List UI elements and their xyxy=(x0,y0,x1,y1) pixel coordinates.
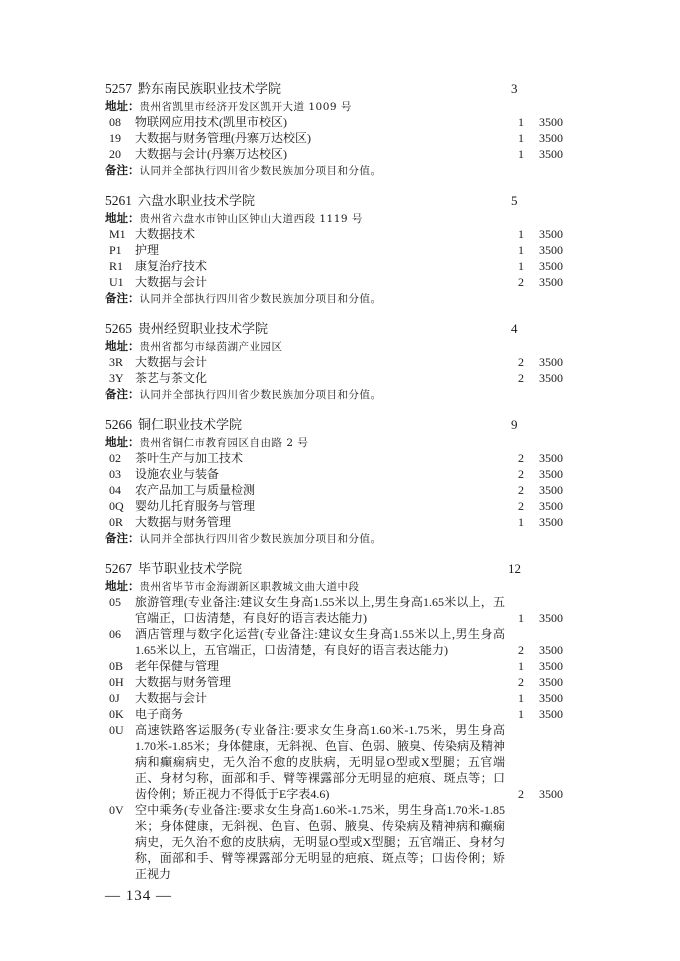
major-row: 0R大数据与财务管理 13500 xyxy=(105,514,585,530)
major-count: 1 xyxy=(515,130,527,146)
school-title: 5257黔东南民族职业技术学院 3 xyxy=(105,80,585,98)
note-label: 备注： xyxy=(105,531,140,545)
address-label: 地址： xyxy=(105,579,140,593)
major-code: 08 xyxy=(109,114,131,130)
major-code: 0R xyxy=(109,514,131,530)
school-total: 5 xyxy=(511,192,518,210)
school-address: 地址：贵州省六盘水市钟山区钟山大道西段 1119 号 xyxy=(105,210,585,226)
address-label: 地址： xyxy=(105,99,140,113)
note-label: 备注： xyxy=(105,163,140,177)
major-name: 物联网应用技术(凯里市校区) xyxy=(135,115,287,129)
school-total: 3 xyxy=(511,80,518,98)
major-fee: 3500 xyxy=(539,498,563,514)
major-count: 2 xyxy=(515,642,527,658)
major-fee: 3500 xyxy=(539,450,563,466)
note-label: 备注： xyxy=(105,387,140,401)
major-name: 康复治疗技术 xyxy=(135,259,207,273)
major-code: 05 xyxy=(109,594,121,610)
major-fee: 3500 xyxy=(539,274,563,290)
major-row: 0Q婴幼儿托育服务与管理 23500 xyxy=(105,498,585,514)
major-code: 0Q xyxy=(109,498,131,514)
major-row: 19大数据与财务管理(丹寨万达校区) 13500 xyxy=(105,130,585,146)
major-name: 护理 xyxy=(135,243,159,257)
major-name: 老年保健与管理 xyxy=(135,659,219,673)
major-count: 2 xyxy=(515,482,527,498)
school-note: 备注：认同并全部执行四川省少数民族加分项目和分值。 xyxy=(105,290,585,306)
major-code: 3R xyxy=(109,354,131,370)
major-code: M1 xyxy=(109,226,131,242)
school-total: 9 xyxy=(511,416,518,434)
major-row: 05 旅游管理(专业备注:建议女生身高1.55米以上,男生身高1.65米以上，五… xyxy=(105,594,585,626)
major-row: 04农产品加工与质量检测 23500 xyxy=(105,482,585,498)
major-row: 0H大数据与财务管理 23500 xyxy=(105,674,585,690)
major-code: 0K xyxy=(109,706,131,722)
school-block: 5261六盘水职业技术学院 5 地址：贵州省六盘水市钟山区钟山大道西段 1119… xyxy=(105,192,585,306)
major-name: 设施农业与装备 xyxy=(135,467,219,481)
major-row: 08物联网应用技术(凯里市校区) 13500 xyxy=(105,114,585,130)
major-name: 大数据技术 xyxy=(135,227,195,241)
school-total: 12 xyxy=(508,560,521,578)
school-title: 5266铜仁职业技术学院 9 xyxy=(105,416,585,434)
major-count: 1 xyxy=(515,242,527,258)
major-name: 酒店管理与数字化运营(专业备注:建议女生身高1.55米以上,男生身高1.65米以… xyxy=(135,626,505,658)
school-name: 贵州经贸职业技术学院 xyxy=(138,322,268,337)
major-count: 2 xyxy=(515,450,527,466)
major-count: 1 xyxy=(515,706,527,722)
note-label: 备注： xyxy=(105,291,140,305)
major-fee: 3500 xyxy=(539,146,563,162)
school-title: 5267毕节职业技术学院 12 xyxy=(105,560,585,578)
address-value: 贵州省凯里市经济开发区凯开大道 1009 号 xyxy=(140,101,352,113)
major-fee: 3500 xyxy=(539,610,563,626)
address-value: 贵州省毕节市金海湖新区职教城文曲大道中段 xyxy=(140,581,360,593)
major-code: 06 xyxy=(109,626,121,642)
major-row: 20大数据与会计(丹寨万达校区) 13500 xyxy=(105,146,585,162)
school-code: 5266 xyxy=(105,417,132,432)
major-name: 婴幼儿托育服务与管理 xyxy=(135,499,255,513)
major-row: 02茶叶生产与加工技术 23500 xyxy=(105,450,585,466)
major-fee: 3500 xyxy=(539,370,563,386)
major-count: 2 xyxy=(515,498,527,514)
major-name: 茶叶生产与加工技术 xyxy=(135,451,243,465)
major-code: 0J xyxy=(109,690,131,706)
major-fee: 3500 xyxy=(539,114,563,130)
school-total: 4 xyxy=(511,320,518,338)
school-code: 5265 xyxy=(105,321,132,336)
major-fee: 3500 xyxy=(539,642,563,658)
major-row: 0B老年保健与管理 13500 xyxy=(105,658,585,674)
major-row: 3Y茶艺与茶文化 23500 xyxy=(105,370,585,386)
major-code: 20 xyxy=(109,146,131,162)
major-name: 大数据与会计 xyxy=(135,355,207,369)
major-fee: 3500 xyxy=(539,226,563,242)
major-code: 0V xyxy=(109,802,124,818)
major-name: 高速铁路客运服务(专业备注:要求女生身高1.60米-1.75米，男生身高1.70… xyxy=(135,722,505,802)
major-count: 2 xyxy=(515,370,527,386)
major-row: 0K电子商务 13500 xyxy=(105,706,585,722)
major-count: 1 xyxy=(515,226,527,242)
major-count: 2 xyxy=(515,354,527,370)
major-count: 1 xyxy=(515,690,527,706)
major-row: 0J大数据与会计 13500 xyxy=(105,690,585,706)
major-count: 2 xyxy=(515,674,527,690)
school-address: 地址：贵州省都匀市绿茵湖产业园区 xyxy=(105,338,585,354)
address-value: 贵州省六盘水市钟山区钟山大道西段 1119 号 xyxy=(140,213,363,225)
school-name: 黔东南民族职业技术学院 xyxy=(138,82,281,97)
major-count: 1 xyxy=(515,658,527,674)
address-value: 贵州省铜仁市教育园区自由路 2 号 xyxy=(140,437,309,449)
major-fee: 3500 xyxy=(539,514,563,530)
note-value: 认同并全部执行四川省少数民族加分项目和分值。 xyxy=(140,165,382,177)
major-fee: 3500 xyxy=(539,482,563,498)
major-count: 2 xyxy=(515,274,527,290)
school-block: 5257黔东南民族职业技术学院 3 地址：贵州省凯里市经济开发区凯开大道 100… xyxy=(105,80,585,178)
page-number: — 134 — xyxy=(105,888,172,905)
school-address: 地址：贵州省凯里市经济开发区凯开大道 1009 号 xyxy=(105,98,585,114)
major-fee: 3500 xyxy=(539,354,563,370)
major-code: 0H xyxy=(109,674,131,690)
school-title: 5265贵州经贸职业技术学院 4 xyxy=(105,320,585,338)
major-count: 1 xyxy=(515,258,527,274)
school-title: 5261六盘水职业技术学院 5 xyxy=(105,192,585,210)
major-row: 0V 空中乘务(专业备注:要求女生身高1.60米-1.75米，男生身高1.70米… xyxy=(105,802,585,882)
major-name: 农产品加工与质量检测 xyxy=(135,483,255,497)
major-code: 02 xyxy=(109,450,131,466)
major-row: U1大数据与会计 23500 xyxy=(105,274,585,290)
major-row: P1护理 13500 xyxy=(105,242,585,258)
major-row: 3R大数据与会计 23500 xyxy=(105,354,585,370)
major-fee: 3500 xyxy=(539,706,563,722)
major-fee: 3500 xyxy=(539,130,563,146)
major-code: U1 xyxy=(109,274,131,290)
major-code: 0B xyxy=(109,658,131,674)
major-code: P1 xyxy=(109,242,131,258)
major-code: 3Y xyxy=(109,370,131,386)
major-count: 1 xyxy=(515,514,527,530)
note-value: 认同并全部执行四川省少数民族加分项目和分值。 xyxy=(140,533,382,545)
major-name: 旅游管理(专业备注:建议女生身高1.55米以上,男生身高1.65米以上，五官端正… xyxy=(135,594,505,626)
major-name: 茶艺与茶文化 xyxy=(135,371,207,385)
address-label: 地址： xyxy=(105,211,140,225)
major-count: 1 xyxy=(515,146,527,162)
major-fee: 3500 xyxy=(539,242,563,258)
address-label: 地址： xyxy=(105,339,140,353)
major-fee: 3500 xyxy=(539,690,563,706)
major-row: 06 酒店管理与数字化运营(专业备注:建议女生身高1.55米以上,男生身高1.6… xyxy=(105,626,585,658)
major-fee: 3500 xyxy=(539,674,563,690)
major-fee: 3500 xyxy=(539,786,563,802)
school-note: 备注：认同并全部执行四川省少数民族加分项目和分值。 xyxy=(105,530,585,546)
major-fee: 3500 xyxy=(539,466,563,482)
major-name: 大数据与会计(丹寨万达校区) xyxy=(135,147,287,161)
school-address: 地址：贵州省毕节市金海湖新区职教城文曲大道中段 xyxy=(105,578,585,594)
major-name: 大数据与会计 xyxy=(135,691,207,705)
major-count: 1 xyxy=(515,114,527,130)
note-value: 认同并全部执行四川省少数民族加分项目和分值。 xyxy=(140,389,382,401)
major-code: R1 xyxy=(109,258,131,274)
school-code: 5257 xyxy=(105,81,132,96)
major-name: 大数据与财务管理(丹寨万达校区) xyxy=(135,131,311,145)
major-row: 0U 高速铁路客运服务(专业备注:要求女生身高1.60米-1.75米，男生身高1… xyxy=(105,722,585,802)
school-note: 备注：认同并全部执行四川省少数民族加分项目和分值。 xyxy=(105,162,585,178)
school-name: 铜仁职业技术学院 xyxy=(138,418,242,433)
major-code: 03 xyxy=(109,466,131,482)
school-name: 六盘水职业技术学院 xyxy=(138,194,255,209)
document-page: 5257黔东南民族职业技术学院 3 地址：贵州省凯里市经济开发区凯开大道 100… xyxy=(105,80,585,896)
school-note: 备注：认同并全部执行四川省少数民族加分项目和分值。 xyxy=(105,386,585,402)
note-value: 认同并全部执行四川省少数民族加分项目和分值。 xyxy=(140,293,382,305)
school-block: 5265贵州经贸职业技术学院 4 地址：贵州省都匀市绿茵湖产业园区 3R大数据与… xyxy=(105,320,585,402)
major-fee: 3500 xyxy=(539,258,563,274)
major-count: 2 xyxy=(515,786,527,802)
school-code: 5261 xyxy=(105,193,132,208)
major-row: R1康复治疗技术 13500 xyxy=(105,258,585,274)
major-name: 空中乘务(专业备注:要求女生身高1.60米-1.75米，男生身高1.70米-1.… xyxy=(135,802,505,882)
major-name: 大数据与财务管理 xyxy=(135,675,231,689)
major-fee: 3500 xyxy=(539,658,563,674)
school-code: 5267 xyxy=(105,561,132,576)
major-code: 0U xyxy=(109,722,124,738)
major-code: 04 xyxy=(109,482,131,498)
major-code: 19 xyxy=(109,130,131,146)
school-block: 5266铜仁职业技术学院 9 地址：贵州省铜仁市教育园区自由路 2 号 02茶叶… xyxy=(105,416,585,546)
major-count: 2 xyxy=(515,466,527,482)
major-count: 1 xyxy=(515,610,527,626)
major-row: 03设施农业与装备 23500 xyxy=(105,466,585,482)
major-row: M1大数据技术 13500 xyxy=(105,226,585,242)
address-label: 地址： xyxy=(105,435,140,449)
school-block: 5267毕节职业技术学院 12 地址：贵州省毕节市金海湖新区职教城文曲大道中段 … xyxy=(105,560,585,882)
school-name: 毕节职业技术学院 xyxy=(138,562,242,577)
address-value: 贵州省都匀市绿茵湖产业园区 xyxy=(140,341,283,353)
major-name: 大数据与财务管理 xyxy=(135,515,231,529)
major-name: 电子商务 xyxy=(135,707,183,721)
major-name: 大数据与会计 xyxy=(135,275,207,289)
school-address: 地址：贵州省铜仁市教育园区自由路 2 号 xyxy=(105,434,585,450)
